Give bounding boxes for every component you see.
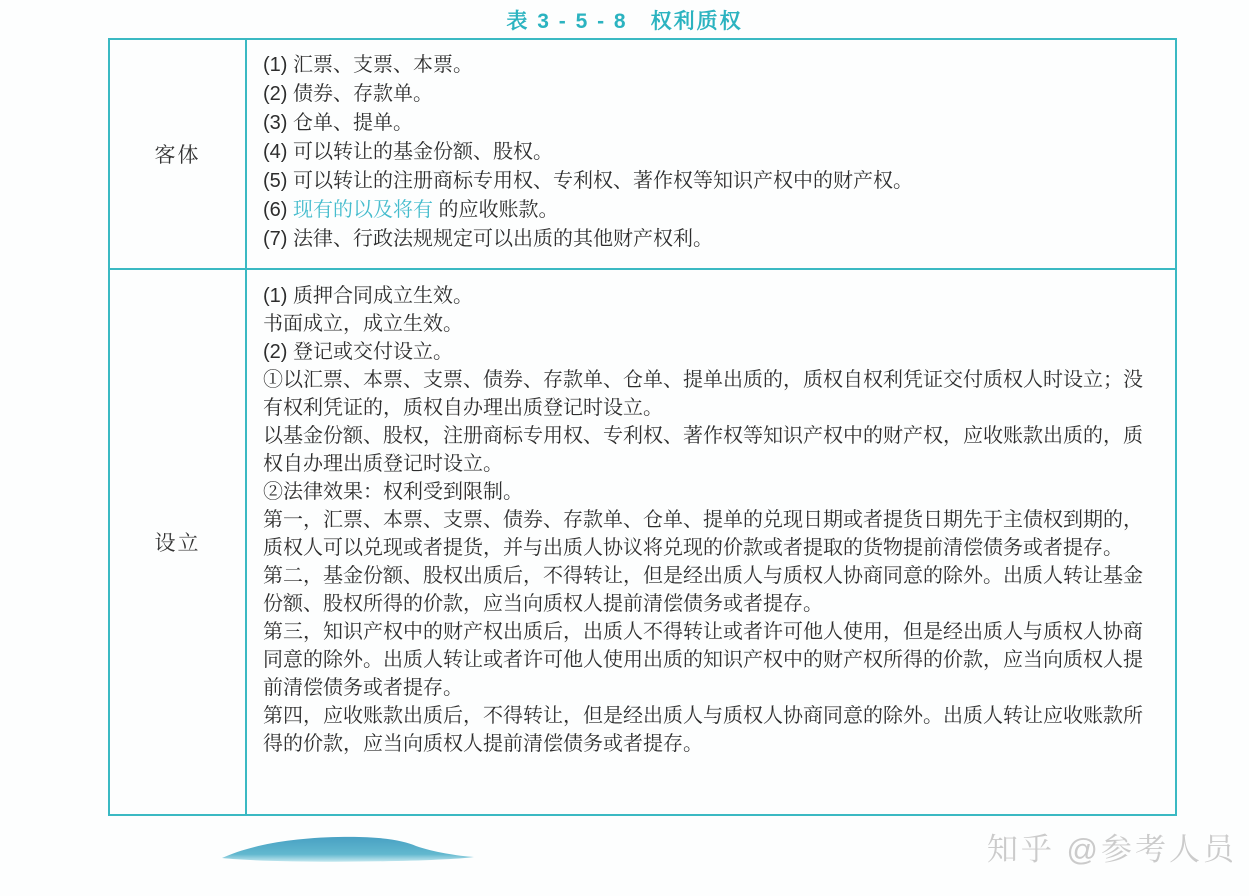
establish-para-9: 第三，知识产权中的财产权出质后，出质人不得转让或者许可他人使用，但是经出质人与质… xyxy=(263,618,1161,702)
table-title: 表 3 - 5 - 8 权利质权 xyxy=(0,5,1249,35)
table-row: 设立 (1) 质押合同成立生效。 书面成立，成立生效。 (2) 登记或交付设立。… xyxy=(110,270,1175,814)
scan-artifact-smudge xyxy=(218,832,478,872)
row-header-establish: 设立 xyxy=(110,270,247,814)
row-header-object: 客体 xyxy=(110,40,247,268)
object-content-cell: (1) 汇票、支票、本票。 (2) 债券、存款单。 (3) 仓单、提单。 (4)… xyxy=(247,40,1175,268)
establish-para-5: 以基金份额、股权，注册商标专用权、专利权、著作权等知识产权中的财产权，应收账款出… xyxy=(263,422,1161,478)
object-item-6-prefix: (6) xyxy=(263,199,293,221)
object-item-2: (2) 债券、存款单。 xyxy=(263,80,1161,109)
establish-para-1: (1) 质押合同成立生效。 xyxy=(263,282,1161,310)
establish-para-6: ②法律效果：权利受到限制。 xyxy=(263,478,1161,506)
page: 表 3 - 5 - 8 权利质权 客体 (1) 汇票、支票、本票。 (2) 债券… xyxy=(0,0,1249,896)
establish-para-3: (2) 登记或交付设立。 xyxy=(263,338,1161,366)
establish-para-7: 第一，汇票、本票、支票、债券、存款单、仓单、提单的兑现日期或者提货日期先于主债权… xyxy=(263,506,1161,562)
establish-para-4: ①以汇票、本票、支票、债券、存款单、仓单、提单出质的，质权自权利凭证交付质权人时… xyxy=(263,366,1161,422)
object-item-7: (7) 法律、行政法规规定可以出质的其他财产权利。 xyxy=(263,225,1161,254)
establish-para-2: 书面成立，成立生效。 xyxy=(263,310,1161,338)
establish-para-10: 第四，应收账款出质后，不得转让，但是经出质人与质权人协商同意的除外。出质人转让应… xyxy=(263,702,1161,758)
object-item-3: (3) 仓单、提单。 xyxy=(263,109,1161,138)
establish-para-8: 第二，基金份额、股权出质后，不得转让，但是经出质人与质权人协商同意的除外。出质人… xyxy=(263,562,1161,618)
zhihu-watermark: 知乎 @参考人员 xyxy=(987,824,1237,869)
table-row: 客体 (1) 汇票、支票、本票。 (2) 债券、存款单。 (3) 仓单、提单。 … xyxy=(110,40,1175,270)
object-item-6-suffix: 的应收账款。 xyxy=(433,199,559,221)
object-item-5: (5) 可以转让的注册商标专用权、专利权、著作权等知识产权中的财产权。 xyxy=(263,167,1161,196)
pledge-rights-table: 客体 (1) 汇票、支票、本票。 (2) 债券、存款单。 (3) 仓单、提单。 … xyxy=(108,38,1177,816)
object-item-1: (1) 汇票、支票、本票。 xyxy=(263,51,1161,80)
establish-content-cell: (1) 质押合同成立生效。 书面成立，成立生效。 (2) 登记或交付设立。 ①以… xyxy=(247,270,1175,814)
object-item-6: (6) 现有的以及将有 的应收账款。 xyxy=(263,196,1161,225)
object-item-4: (4) 可以转让的基金份额、股权。 xyxy=(263,138,1161,167)
object-item-6-highlight: 现有的以及将有 xyxy=(293,199,433,221)
